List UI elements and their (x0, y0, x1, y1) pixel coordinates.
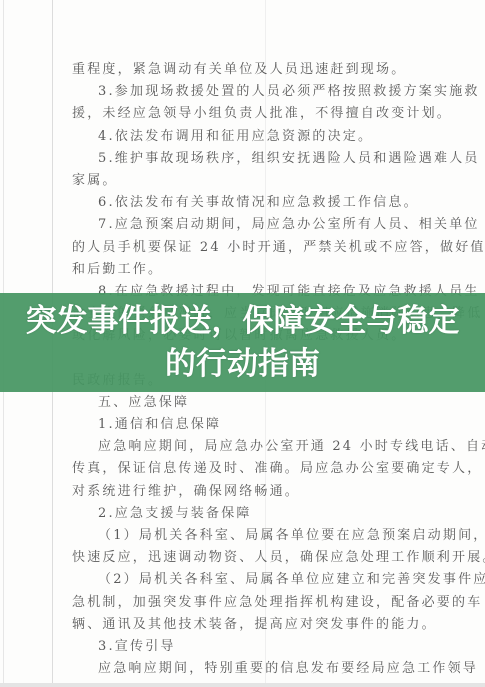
text-line: 家属。 (72, 170, 432, 192)
text-line: 辆、通讯及其他技术装备，提高应对突发事件的能力。 (72, 614, 432, 636)
text-line: 快速反应，迅速调动物资、人员，确保应急处理工作顺利开展。 (72, 547, 432, 569)
text-line: 应急响应期间，特别重要的信息发布要经局应急工作领导 (72, 658, 432, 680)
text-line: 的人员手机要保证 24 小时开通，严禁关机或不应答，做好值班 (72, 237, 432, 259)
text-line: （1）局机关各科室、局属各单位要在应急预案启动期间， (72, 525, 432, 547)
text-line: 3.参加现场救援处置的人员必须严格按照救援方案实施救 (72, 81, 432, 103)
text-line: 4.依法发布调用和征用应急资源的决定。 (72, 126, 432, 148)
text-line: （2）局机关各科室、局属各单位应建立和完善突发事件应 (72, 569, 432, 591)
subsection-heading: 1.通信和信息保障 (72, 414, 432, 436)
text-line: 重程度，紧急调动有关单位及人员迅速赶到现场。 (72, 59, 432, 81)
text-line: 急机制，加强突发事件应急处理指挥机构建设，配备必要的车 (72, 592, 432, 614)
banner-title: 突发事件报送，保障安全与稳定的行动指南 (23, 300, 463, 386)
text-line: 援，未经应急领导小组负责人批准，不得擅自改变计划。 (72, 103, 432, 125)
section-heading: 五、应急保障 (72, 392, 432, 414)
text-line: 6.依法发布有关事故情况和应急救援工作信息。 (72, 192, 432, 214)
text-line: 和后勤工作。 (72, 259, 432, 281)
title-banner: 突发事件报送，保障安全与稳定的行动指南 (0, 293, 485, 392)
subsection-heading: 2.应急支援与装备保障 (72, 503, 432, 525)
text-line: 对系统进行维护，确保网络畅通。 (72, 481, 432, 503)
text-line: 应急响应期间，局应急办公室开通 24 小时专线电话、自动 (72, 436, 432, 458)
text-line: 5.维护事故现场秩序，组织安抚遇险人员和遇险遇难人员 (72, 148, 432, 170)
subsection-heading: 3.宣传引导 (72, 636, 432, 658)
page-bottom-edge (0, 683, 485, 687)
text-line: 7.应急预案启动期间，局应急办公室所有人员、相关单位 (72, 214, 432, 236)
text-line: 传真，保证信息传递及时、准确。局应急办公室要确定专人， (72, 458, 432, 480)
